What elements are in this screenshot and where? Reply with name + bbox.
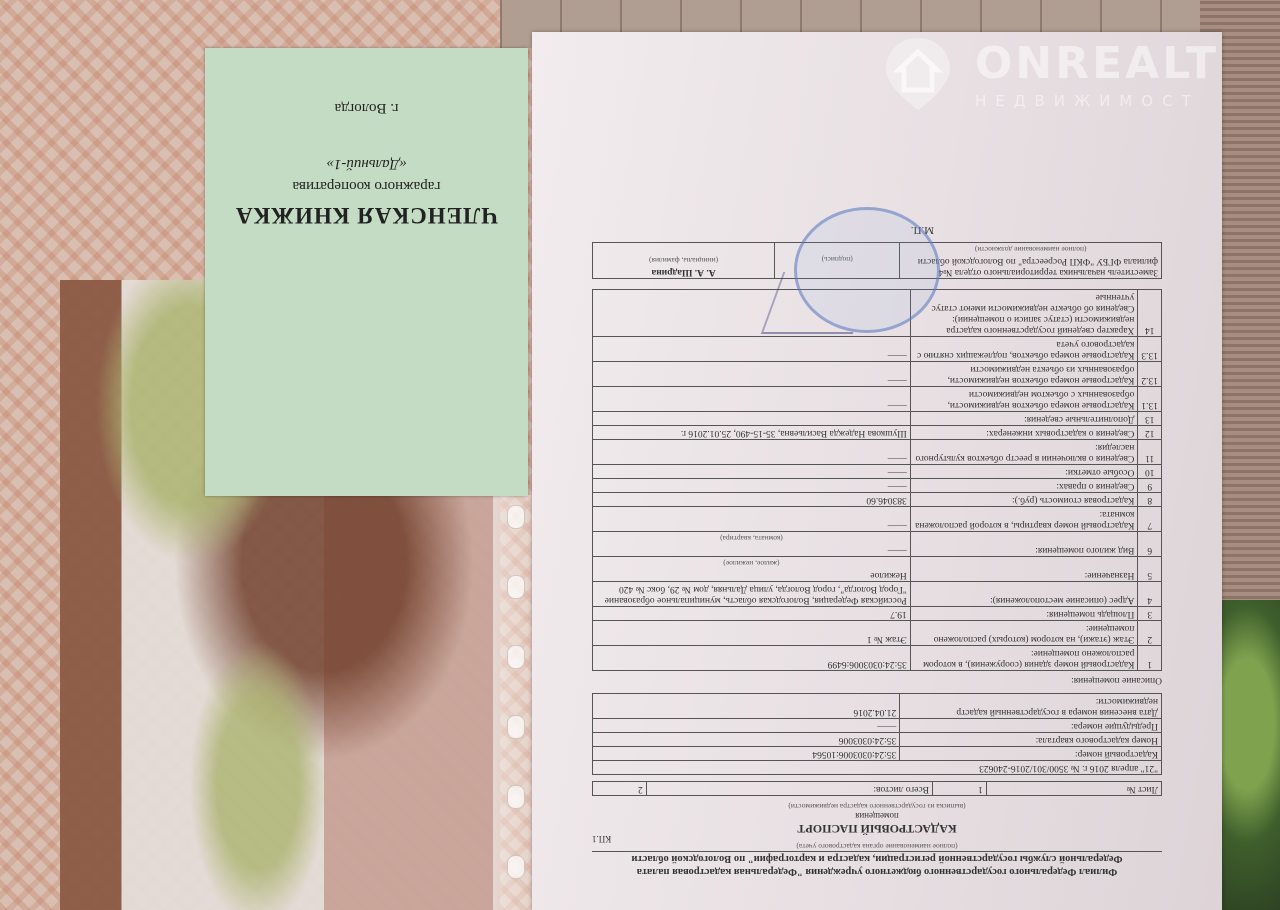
- table-row: 13Дополнительные сведения:: [593, 412, 1162, 426]
- header-line-2: Федеральной службы государственной регис…: [592, 851, 1162, 865]
- passport-title: КАДАСТРОВЫЙ ПАСПОРТ: [592, 821, 1162, 836]
- punch-hole: [507, 645, 525, 669]
- booklet-line2: «Дальний-1»: [205, 155, 528, 172]
- cadastral-passport: Филиал Федерального государственного бюд…: [532, 32, 1222, 910]
- table-row: 4Адрес (описание местоположения):Российс…: [593, 582, 1162, 607]
- watermark-subtitle: НЕДВИЖИМОСТ: [975, 92, 1200, 110]
- table-row: Предыдущие номера:——: [593, 719, 1162, 733]
- meta-table: "21" апреля 2016 г. № 3500/301/2016-2406…: [592, 693, 1162, 775]
- total-label: Всего листов:: [646, 782, 932, 796]
- table-row: 8Кадастровая стоимость (руб.):383046.60: [593, 493, 1162, 507]
- table-row: 3Площадь помещения:19.7: [593, 607, 1162, 621]
- table-row: 9Сведения о правах:——: [593, 479, 1162, 493]
- table-row: 6Вид жилого помещения:——(комната, кварти…: [593, 532, 1162, 557]
- membership-booklet: ЧЛЕНСКАЯ КНИЖКА гаражного кооператива «Д…: [205, 48, 528, 496]
- signatory-name: А. А. Шадрина: [596, 266, 771, 277]
- header-line-1: Филиал Федерального государственного бюд…: [592, 865, 1162, 878]
- table-row: 5Назначение:Нежилое(жилое, нежилое): [593, 557, 1162, 582]
- date-line: "21" апреля 2016 г. № 3500/301/2016-2406…: [593, 761, 1162, 775]
- sheet-info-table: Лист № 1 Всего листов: 2: [592, 781, 1162, 796]
- punch-hole: [507, 715, 525, 739]
- table-row: Дата внесения номера в государственный к…: [593, 694, 1162, 719]
- signatory-position: Заместитель начальника территориального …: [903, 255, 1158, 277]
- table-row: 11Сведения о включении в реестр объектов…: [593, 440, 1162, 465]
- booklet-title: ЧЛЕНСКАЯ КНИЖКА: [205, 202, 528, 228]
- table-row: Номер кадастрового квартала:35:24:030300…: [593, 733, 1162, 747]
- table-row: 12Сведения о кадастровых инженерах:Шушко…: [593, 426, 1162, 440]
- header-caption: (полное наименование органа кадастрового…: [592, 842, 1162, 851]
- total-value: 2: [593, 782, 647, 796]
- description-heading: Описание помещения:: [592, 675, 1162, 685]
- form-code: КП.1: [592, 834, 611, 844]
- passport-subtitle: помещения: [592, 811, 1162, 821]
- punch-hole: [507, 855, 525, 879]
- table-row: 13.2Кадастровые номера объектов недвижим…: [593, 362, 1162, 387]
- table-row: Кадастровый номер:35:24:0303006:10564: [593, 747, 1162, 761]
- description-table: 1Кадастровый номер здания (сооружения), …: [592, 289, 1162, 671]
- table-row: 10Особые отметки:——: [593, 465, 1162, 479]
- booklet-line1: гаражного кооператива: [205, 177, 528, 194]
- table-row: 2Этаж (этажи), на котором (которых) расп…: [593, 621, 1162, 646]
- onrealt-watermark: ONREALT НЕДВИЖИМОСТ: [883, 36, 1223, 116]
- sheet-value: 1: [933, 782, 987, 796]
- punch-hole: [507, 505, 525, 529]
- punch-hole: [507, 575, 525, 599]
- booklet-city: г. Вологда: [205, 99, 528, 116]
- table-row: 1Кадастровый номер здания (сооружения), …: [593, 646, 1162, 671]
- sheet-label: Лист №: [986, 782, 1161, 796]
- table-row: 13.1Кадастровые номера объектов недвижим…: [593, 387, 1162, 412]
- watermark-brand: ONREALT: [975, 38, 1219, 89]
- table-row: 7Кадастровый номер квартиры, в которой р…: [593, 507, 1162, 532]
- punch-hole: [507, 785, 525, 809]
- house-pin-icon: [883, 36, 953, 112]
- subtitle-caption: (выписка из государственного кадастра не…: [592, 802, 1162, 811]
- table-row: 13.3Кадастровые номера объектов, подлежа…: [593, 337, 1162, 362]
- passport-header: Филиал Федерального государственного бюд…: [592, 851, 1162, 878]
